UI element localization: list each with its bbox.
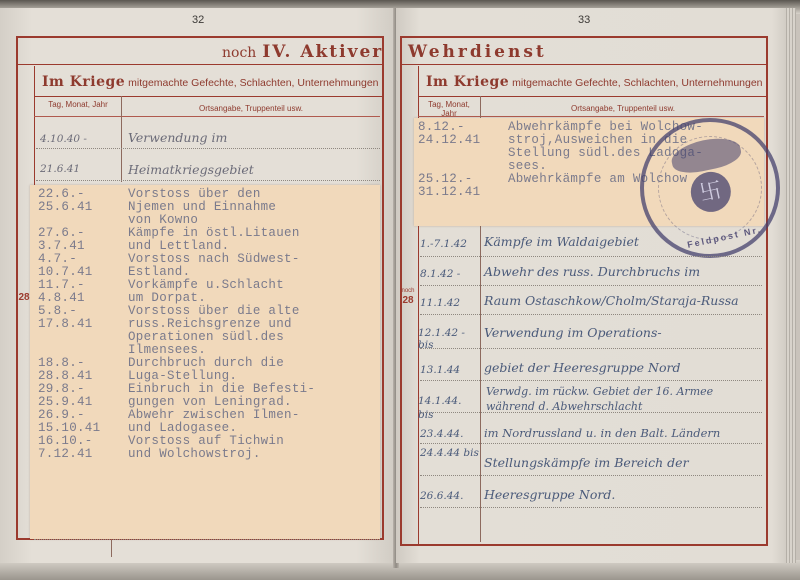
title-rule	[400, 64, 766, 65]
subhead-rule	[418, 96, 766, 97]
ruled-line	[420, 475, 762, 476]
ruled-line	[36, 148, 380, 149]
ruled-line	[420, 443, 762, 444]
hw-entry: gebiet der Heeresgruppe Nord	[484, 360, 680, 375]
ruled-line	[420, 314, 762, 315]
hw-entry: Verwendung im Operations-	[484, 325, 662, 340]
typed-entries-left: Vorstoss über den Njemen und Einnahme vo…	[128, 188, 315, 461]
page-edges	[786, 8, 796, 563]
hw-date: 14.1.44. bis	[418, 394, 478, 422]
title-text: IV. Aktiver	[262, 42, 383, 62]
hw-entry: Stellungskämpfe im Bereich der	[484, 455, 689, 470]
hw-date: 21.6.41	[40, 163, 80, 175]
hw-entry: Raum Ostaschkow/Cholm/Staraja-Russa	[484, 293, 739, 308]
title-prefix: noch	[222, 45, 256, 61]
margin-label-left: 28	[15, 293, 33, 303]
hw-date: 26.6.44.	[420, 490, 463, 502]
typed-dates-left: 22.6.- 25.6.41 27.6.- 3.7.41 4.7.- 10.7.…	[38, 188, 100, 461]
hw-entry: Heeresgruppe Nord.	[484, 487, 615, 502]
hw-entry: Heimatkriegsgebiet	[128, 162, 254, 177]
hw-date: 23.4.44.	[420, 428, 463, 440]
ruled-line	[420, 256, 762, 257]
page-number-right: 33	[578, 14, 590, 26]
hw-date: 13.1.44	[420, 364, 460, 376]
hw-date: 12.1.42 - bis	[418, 327, 478, 351]
column-divider	[121, 96, 122, 182]
hw-entry: Abwehr des russ. Durchbruchs im	[484, 264, 700, 279]
margin-label-right: noch 28	[399, 286, 417, 306]
section-header-rest: mitgemachte Gefechte, Schlachten, Untern…	[512, 77, 762, 89]
hw-date: 8.1.42 -	[420, 268, 460, 280]
page-number-left: 32	[192, 14, 204, 26]
section-header-rest: mitgemachte Gefechte, Schlachten, Untern…	[128, 77, 378, 89]
typed-dates-right: 8.12.- 24.12.41 25.12.- 31.12.41	[418, 121, 480, 199]
column-header-date: Tag, Monat, Jahr	[36, 100, 120, 109]
ruled-line	[420, 380, 762, 381]
title-rule	[16, 64, 382, 65]
subhead-rule	[34, 96, 382, 97]
ruled-line	[34, 539, 380, 540]
ruled-line	[420, 285, 762, 286]
hw-date: 1.-7.1.42	[420, 238, 467, 250]
column-header-date: Tag, Monat, Jahr	[420, 100, 478, 118]
hw-date: 11.1.42	[420, 297, 460, 309]
book-bottom-edge	[0, 560, 800, 580]
section-header-right: Im Kriege mitgemachte Gefechte, Schlacht…	[426, 74, 763, 90]
hw-entry: Kämpfe im Waldaigebiet	[484, 234, 639, 249]
column-header-place: Ortsangabe, Truppenteil usw.	[124, 104, 378, 113]
column-divider	[111, 539, 112, 557]
section-header-bold: Im Kriege	[42, 74, 125, 90]
colhead-rule	[34, 116, 380, 117]
hw-entry: Verwendung im	[128, 130, 227, 145]
section-header-left: Im Kriege mitgemachte Gefechte, Schlacht…	[42, 74, 379, 90]
hw-date: 24.4.44 bis	[420, 447, 480, 460]
ruled-line	[420, 507, 762, 508]
margin-label-number: 28	[402, 295, 413, 306]
ruled-line	[36, 180, 380, 181]
column-header-place: Ortsangabe, Truppenteil usw.	[484, 104, 762, 113]
page-title-left: nochIV. Aktiver	[222, 42, 383, 62]
hw-entry: Verwdg. im rückw. Gebiet der 16. Armee w…	[486, 384, 762, 414]
hw-date: 4.10.40 -	[40, 133, 87, 145]
hw-entry: im Nordrussland u. in den Balt. Ländern	[484, 426, 720, 440]
section-header-bold: Im Kriege	[426, 74, 509, 90]
page-title-right: Wehrdienst	[408, 42, 547, 62]
